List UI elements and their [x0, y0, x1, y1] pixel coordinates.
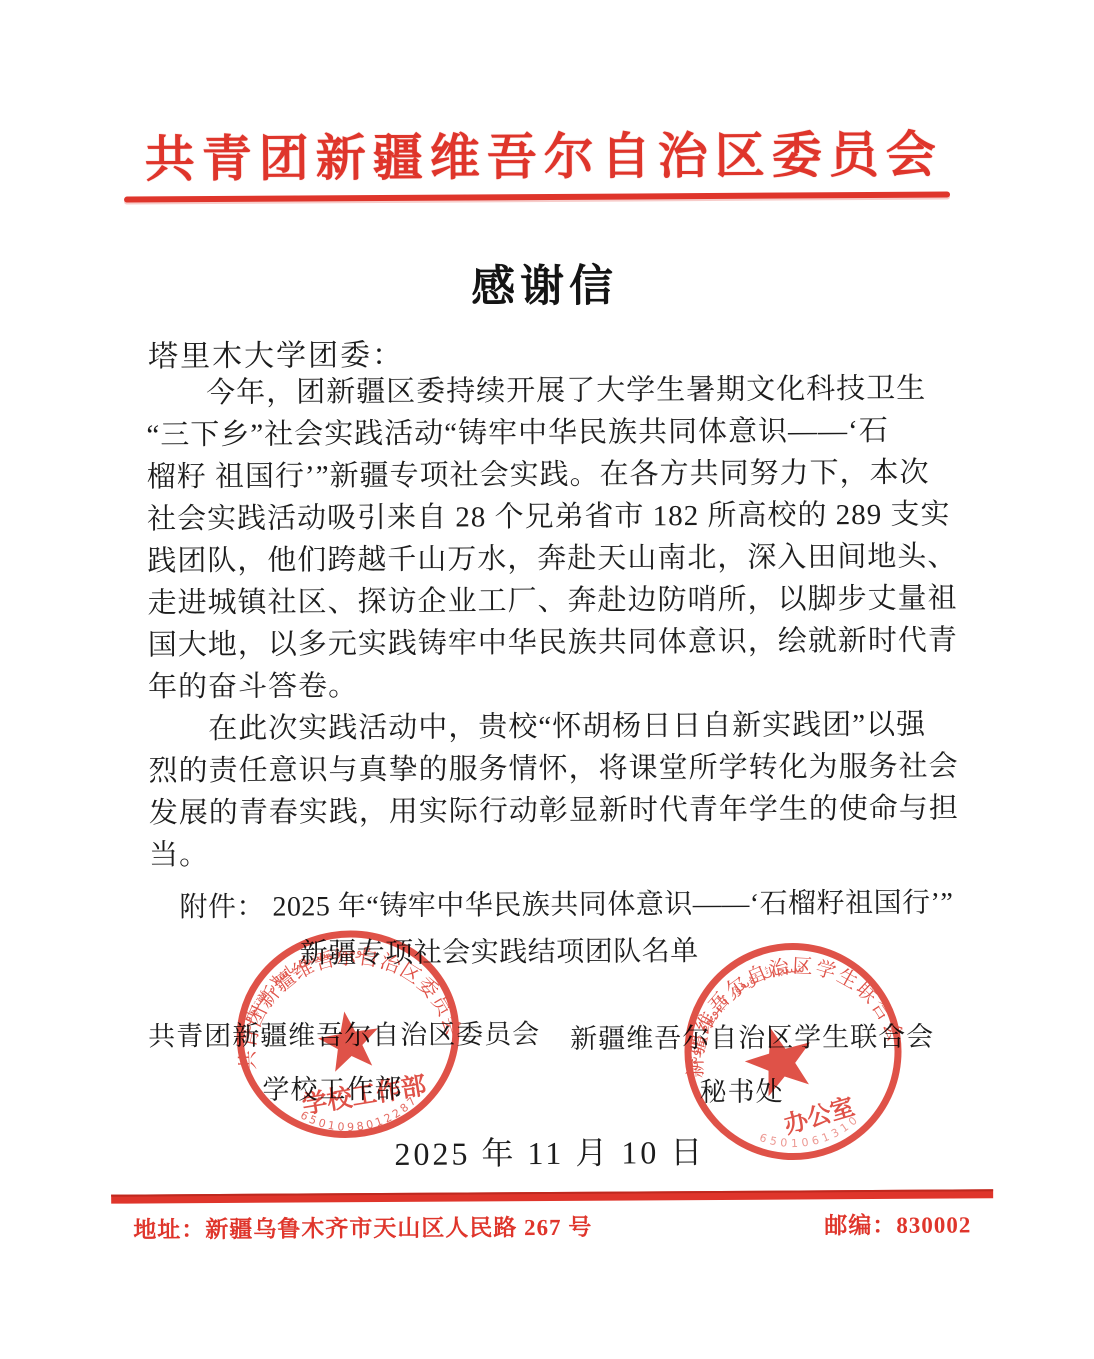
body-line: 践团队，他们跨越千山万水，奔赴天山南北，深入田间地头、	[147, 536, 953, 583]
body-line: 社会实践活动吸引来自 28 个兄弟省市 182 所高校的 289 支实	[147, 494, 953, 541]
body-line: 在此次实践活动中，贵校“怀胡杨日日自新实践团”以强	[148, 704, 954, 751]
body-line: 当。	[149, 830, 955, 877]
star-icon	[738, 1019, 822, 1100]
letter-body: 今年，团新疆区委持续开展了大学生暑期文化科技卫生 “三下乡”社会实践活动“铸牢中…	[146, 368, 955, 877]
official-seal-left: كوممۇنىستىك ياشلار ئىتتىپاقى 共青团新疆维吾尔自治区…	[221, 914, 474, 1158]
letter-date: 2025 年 11 月 10 日	[3, 1125, 1094, 1178]
body-line: 走进城镇社区、探访企业工厂、奔赴边防哨所，以脚步丈量祖	[147, 578, 953, 625]
letterhead-org-title: 共青团新疆维吾尔自治区委员会	[0, 123, 1091, 192]
body-line: 今年，团新疆区委持续开展了大学生暑期文化科技卫生	[146, 368, 952, 415]
body-line: 烈的责任意识与真挚的服务情怀，将课堂所学转化为服务社会	[148, 746, 954, 793]
letterhead-rule	[124, 192, 950, 203]
footer: 地址：新疆乌鲁木齐市天山区人民路 267 号 邮编：830002	[133, 1206, 971, 1244]
body-line: “三下乡”社会实践活动“铸牢中华民族共同体意识——‘石	[146, 410, 952, 457]
footer-rule	[111, 1189, 993, 1203]
document-title: 感谢信	[0, 247, 1092, 318]
body-line: 年的奋斗答卷。	[148, 662, 954, 709]
body-line: 榴籽 祖国行’”新疆专项社会实践。在各方共同努力下，本次	[147, 452, 953, 499]
footer-postcode: 邮编：830002	[824, 1206, 971, 1240]
salutation: 塔里木大学团委：	[148, 330, 404, 376]
letter-sheet: 共青团新疆维吾尔自治区委员会 感谢信 塔里木大学团委： 今年，团新疆区委持续开展…	[0, 0, 1094, 1359]
body-line: 发展的青春实践，用实际行动彰显新时代青年学生的使命与担	[149, 788, 955, 835]
body-line: 国大地，以多元实践铸牢中华民族共同体意识，绘就新时代青	[148, 620, 954, 667]
scan-tilt-wrapper: 共青团新疆维吾尔自治区委员会 感谢信 塔里木大学团委： 今年，团新疆区委持续开展…	[0, 0, 1094, 1359]
star-icon	[314, 1007, 383, 1074]
footer-address: 地址：新疆乌鲁木齐市天山区人民路 267 号	[133, 1209, 592, 1245]
